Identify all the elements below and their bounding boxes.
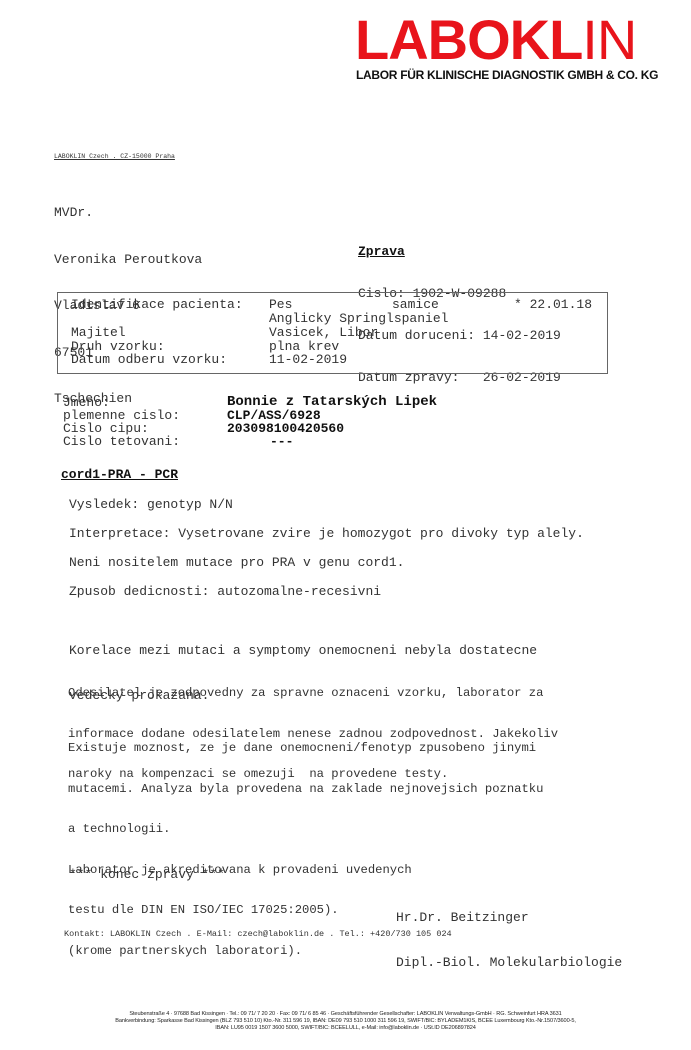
patient-sex: samice (392, 298, 439, 312)
contact-line: Kontakt: LABOKLIN Czech . E-Mail: czech@… (64, 929, 452, 939)
carrier-statement: Neni nositelem mutace pro PRA v genu cor… (69, 555, 404, 570)
laboklin-logo: LABOKLIN (355, 12, 636, 68)
disclaimer-line: a technologii. (68, 823, 543, 837)
logo-thin-text: IN (582, 8, 636, 71)
signer-name: Hr.Dr. Beitzinger (396, 910, 622, 925)
logo-subtitle: LABOR FÜR KLINISCHE DIAGNOSTIK GMBH & CO… (356, 68, 658, 82)
owner-label: Majitel (71, 326, 126, 340)
test-result: Vysledek: genotyp N/N (69, 497, 233, 512)
patient-id-label: Identifikace pacienta: (71, 298, 243, 312)
test-interpretation: Interpretace: Vysetrovane zvire je homoz… (69, 526, 584, 541)
inheritance-mode: Zpusob dedicnosti: autozomalne-recesivni (69, 584, 381, 599)
end-of-report: *** konec zpravy *** (69, 867, 225, 882)
test-title: cord1-PRA - PCR (61, 467, 178, 482)
patient-birth-date: * 22.01.18 (514, 298, 592, 312)
tattoo-number-label: Cislo tetovani: (63, 435, 180, 449)
company-footer: Steubenstraße 4 · 97688 Bad Kissingen · … (0, 1011, 691, 1033)
sender-line: LABOKLIN Czech . CZ-15000 Praha (54, 153, 175, 160)
disclaimer-line: Odesilatel je zodpovedny za spravne ozna… (68, 687, 558, 701)
logo-bold-text: LABOKL (355, 8, 582, 71)
owner-name: Vasicek, Libor (269, 326, 378, 340)
footer-line: Steubenstraße 4 · 97688 Bad Kissingen · … (0, 1011, 691, 1018)
correlation-line: Korelace mezi mutaci a symptomy onemocne… (69, 643, 537, 658)
patient-species: Pes (269, 298, 292, 312)
disclaimer-line: Existuje moznost, ze je dane onemocneni/… (68, 742, 543, 756)
report-title: Zprava (358, 245, 561, 259)
footer-line: Bankverbindung: Sparkasse Bad Kissingen … (0, 1018, 691, 1025)
tattoo-number: --- (270, 435, 293, 449)
recipient-line: Veronika Peroutkova (54, 252, 202, 268)
sample-date-label: Datum odberu vzorku: (71, 353, 227, 367)
recipient-line: MVDr. (54, 205, 202, 221)
patient-breed: Anglicky Springlspaniel (269, 312, 448, 326)
disclaimer-line: mutacemi. Analyza byla provedena na zakl… (68, 783, 543, 797)
sample-date: 11-02-2019 (269, 353, 347, 367)
footer-line: IBAN: LU95 0019 1507 3600 5000, SWIFT/BI… (0, 1025, 691, 1032)
signer-title: Dipl.-Biol. Molekularbiologie (396, 955, 622, 970)
